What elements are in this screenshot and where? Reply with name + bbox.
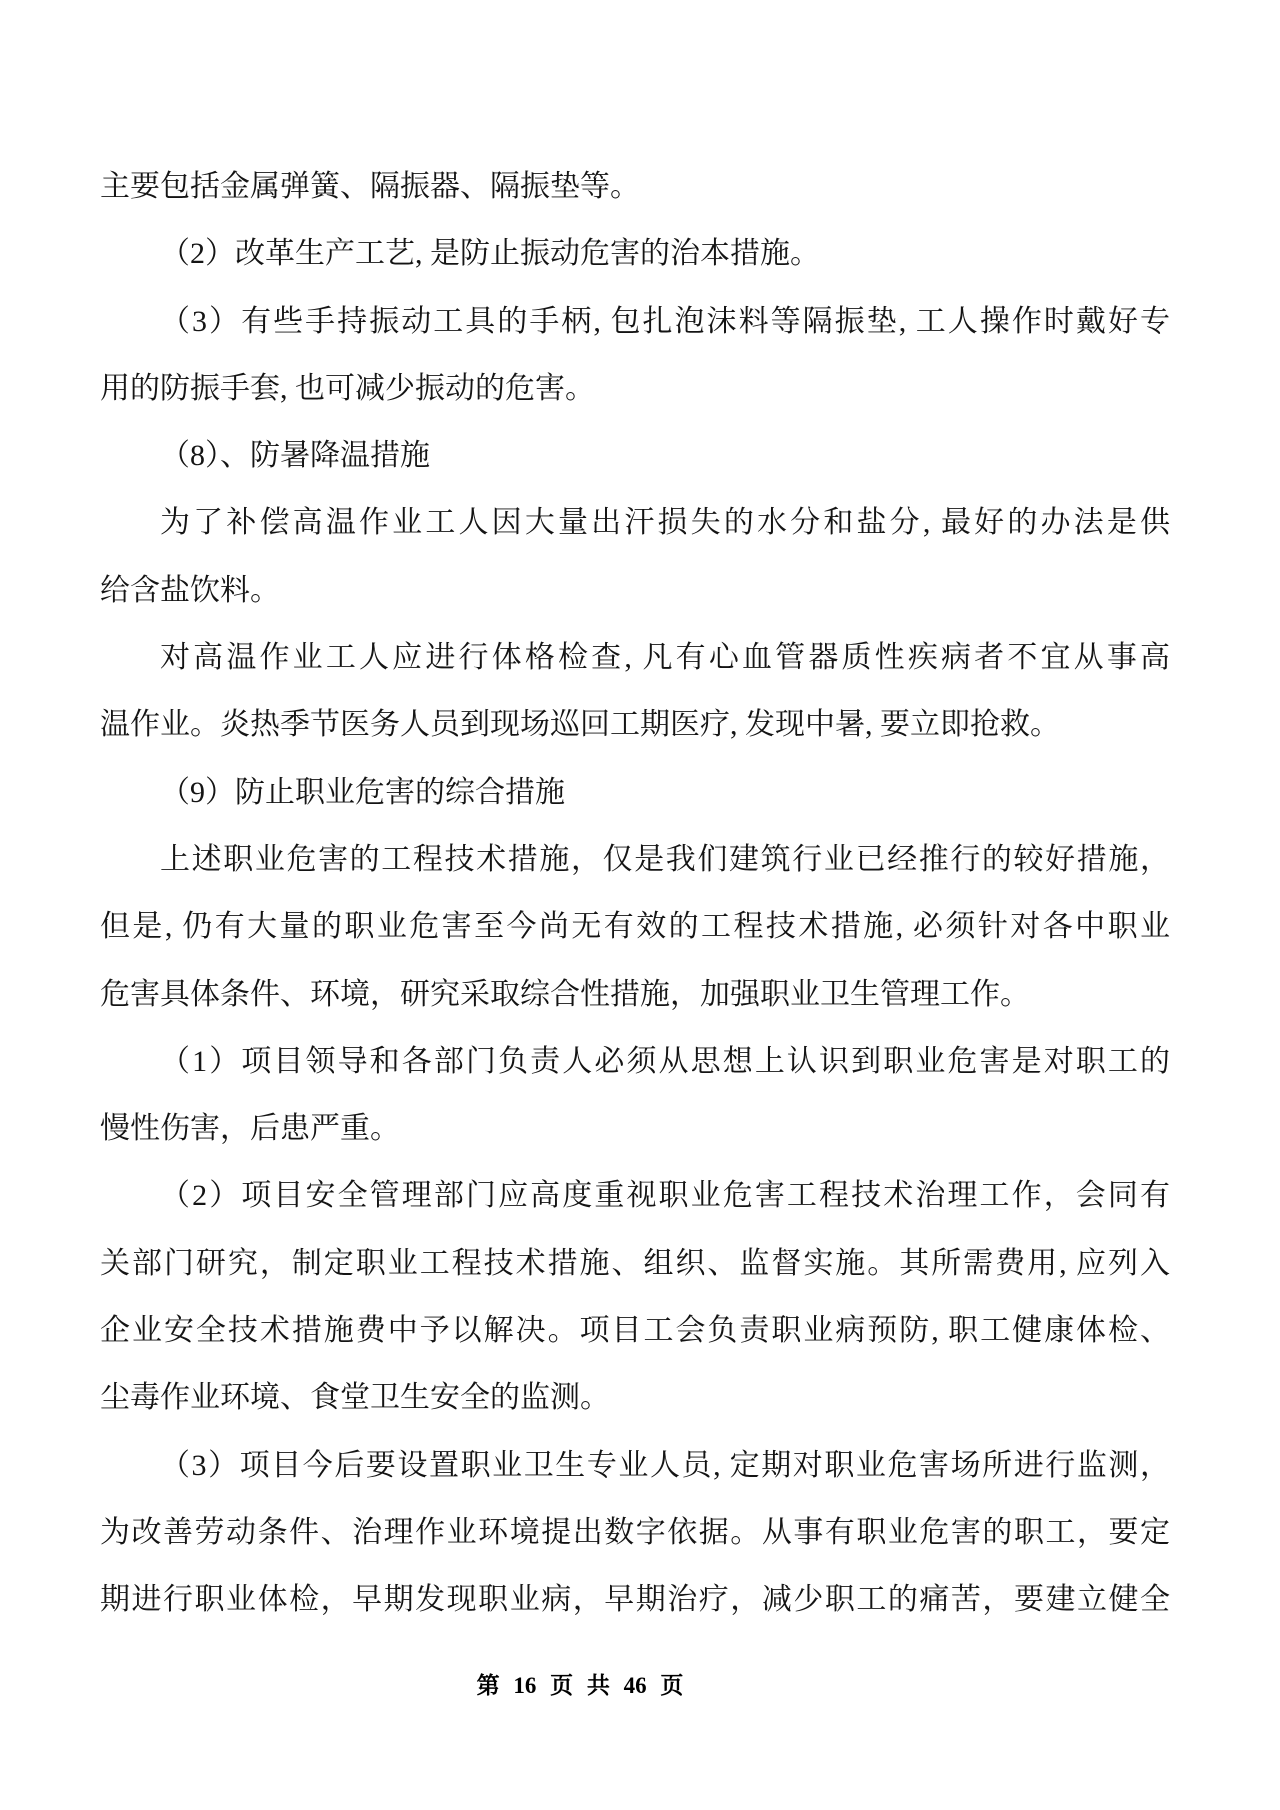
document-body: 主要包括金属弹簧、隔振器、隔振垫等。（2）改革生产工艺, 是防止振动危害的治本措… — [100, 153, 1170, 1634]
text-line: 危害具体条件、环境，研究采取综合性措施，加强职业卫生管理工作。 — [100, 961, 1170, 1028]
text-line: 主要包括金属弹簧、隔振器、隔振垫等。 — [100, 153, 1170, 220]
text-line: （9）防止职业危害的综合措施 — [100, 759, 1170, 826]
text-line: 慢性伤害，后患严重。 — [100, 1095, 1170, 1162]
text-line: （3）有些手持振动工具的手柄, 包扎泡沫料等隔振垫, 工人操作时戴好专 — [100, 288, 1170, 355]
text-line: 给含盐饮料。 — [100, 557, 1170, 624]
text-line: 对高温作业工人应进行体格检查, 凡有心血管器质性疾病者不宜从事高 — [100, 624, 1170, 691]
page-footer: 第 16 页 共 46 页 — [0, 1670, 1160, 1702]
text-line: 但是, 仍有大量的职业危害至今尚无有效的工程技术措施, 必须针对各中职业 — [100, 893, 1170, 960]
text-line: （1）项目领导和各部门负责人必须从思想上认识到职业危害是对职工的 — [100, 1028, 1170, 1095]
text-line: 关部门研究，制定职业工程技术措施、组织、监督实施。其所需费用, 应列入 — [100, 1230, 1170, 1297]
text-line: （2）项目安全管理部门应高度重视职业危害工程技术治理工作，会同有 — [100, 1162, 1170, 1229]
text-line: 为改善劳动条件、治理作业环境提出数字依据。从事有职业危害的职工，要定 — [100, 1499, 1170, 1566]
text-line: 企业安全技术措施费中予以解决。项目工会负责职业病预防, 职工健康体检、 — [100, 1297, 1170, 1364]
text-line: （3）项目今后要设置职业卫生专业人员, 定期对职业危害场所进行监测， — [100, 1432, 1170, 1499]
text-line: 尘毒作业环境、食堂卫生安全的监测。 — [100, 1364, 1170, 1431]
text-line: 为了补偿高温作业工人因大量出汗损失的水分和盐分, 最好的办法是供 — [100, 489, 1170, 556]
page-number: 第 16 页 共 46 页 — [477, 1673, 684, 1698]
text-line: （2）改革生产工艺, 是防止振动危害的治本措施。 — [100, 220, 1170, 287]
text-line: 上述职业危害的工程技术措施，仅是我们建筑行业已经推行的较好措施， — [100, 826, 1170, 893]
text-line: 温作业。炎热季节医务人员到现场巡回工期医疗, 发现中暑, 要立即抢救。 — [100, 691, 1170, 758]
text-line: （8）、防暑降温措施 — [100, 422, 1170, 489]
document-page: 主要包括金属弹簧、隔振器、隔振垫等。（2）改革生产工艺, 是防止振动危害的治本措… — [0, 0, 1280, 1810]
text-line: 用的防振手套, 也可减少振动的危害。 — [100, 355, 1170, 422]
text-line: 期进行职业体检，早期发现职业病，早期治疗，减少职工的痛苦，要建立健全 — [100, 1566, 1170, 1633]
